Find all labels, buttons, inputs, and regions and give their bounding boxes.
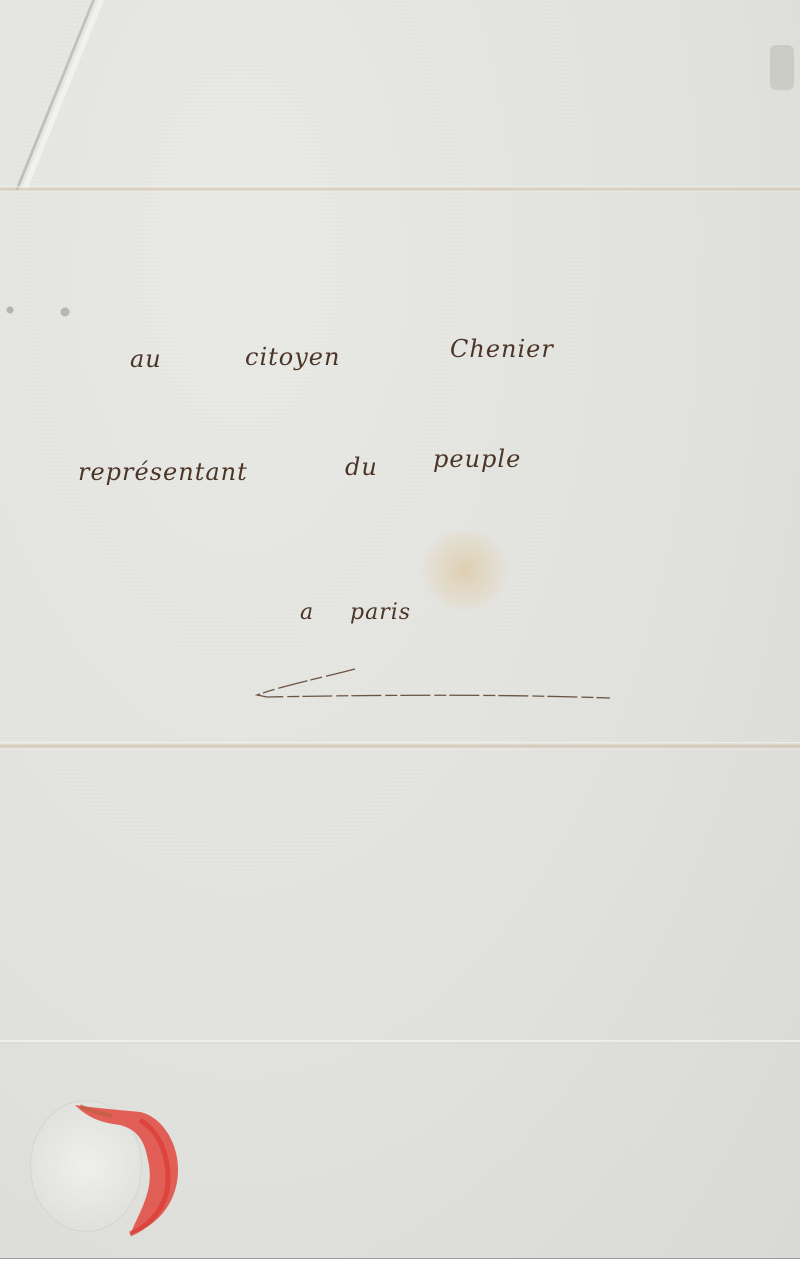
paper-stain bbox=[420, 530, 510, 610]
letter-paper: au citoyen Chenier représentant du peupl… bbox=[0, 0, 800, 1258]
paper-crease bbox=[21, 0, 104, 190]
address-word: citoyen bbox=[245, 343, 340, 371]
address-word: représentant bbox=[78, 458, 248, 486]
address-word: peuple bbox=[433, 445, 521, 473]
wax-seal-icon bbox=[20, 1090, 190, 1240]
paper-crease-shadow bbox=[15, 0, 95, 190]
address-word: a bbox=[300, 600, 314, 625]
ink-spots bbox=[0, 290, 90, 330]
fold-line-bottom bbox=[0, 1040, 800, 1044]
fold-line-middle bbox=[0, 742, 800, 750]
address-city: paris bbox=[350, 600, 411, 625]
address-word: du bbox=[345, 453, 378, 481]
scan-bottom-margin bbox=[0, 1258, 800, 1268]
fold-line-top bbox=[0, 186, 800, 192]
paper-smudge bbox=[770, 45, 794, 90]
address-recipient-name: Chenier bbox=[450, 335, 554, 363]
address-word: au bbox=[130, 345, 162, 373]
underline-flourish bbox=[255, 665, 615, 705]
